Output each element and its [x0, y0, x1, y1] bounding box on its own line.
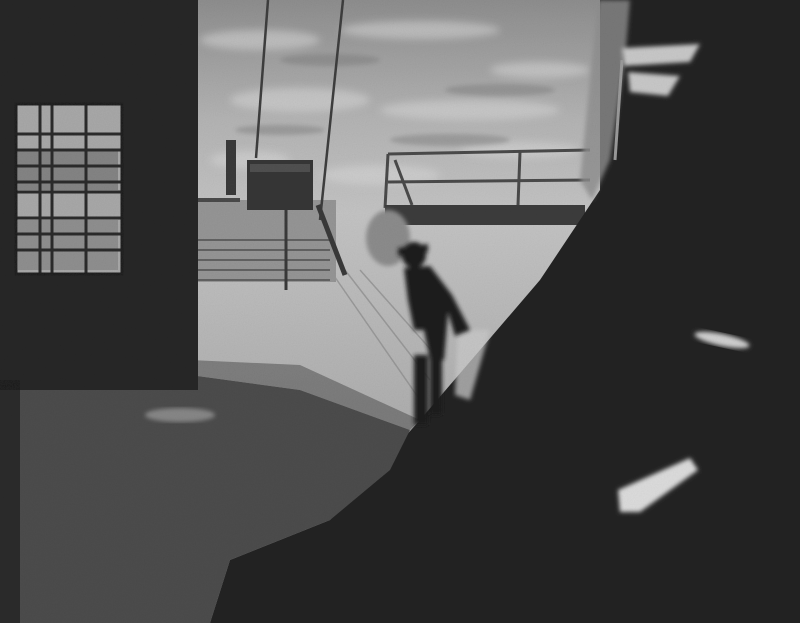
distant-post	[226, 140, 236, 195]
photograph	[0, 0, 800, 623]
photo-scene	[0, 0, 800, 623]
deck-edge	[385, 205, 585, 225]
paned-window	[16, 104, 122, 274]
